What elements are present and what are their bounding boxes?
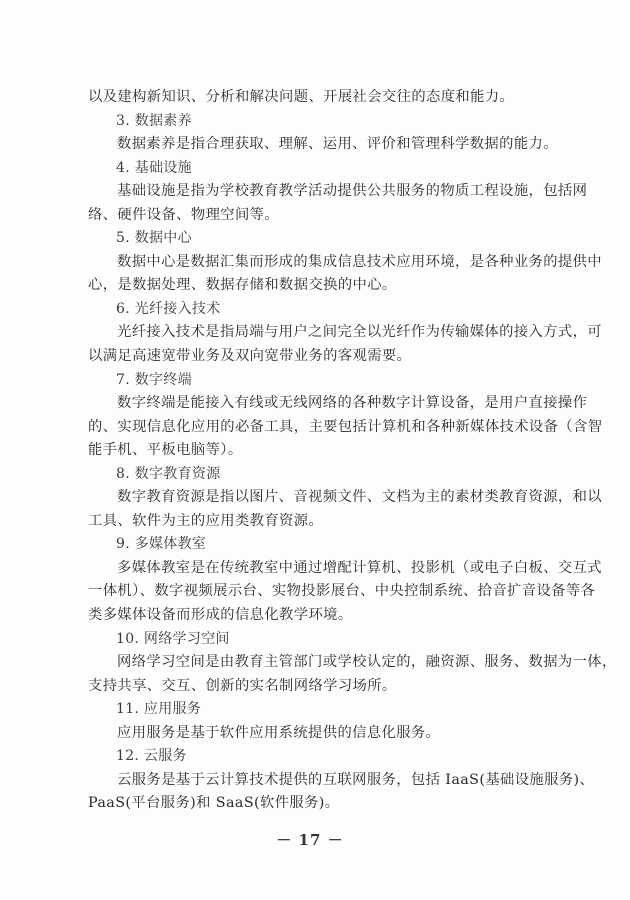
page-number: － 17 － (0, 829, 620, 850)
paragraph-line: 应用服务是基于软件应用系统提供的信息化服务。 (88, 722, 534, 746)
paragraph-line: 数字教育资源是指以图片、音视频文件、文档为主的素材类教育资源，和以 (88, 486, 534, 510)
section-heading: 10. 网络学习空间 (88, 628, 534, 652)
section-heading: 5. 数据中心 (88, 227, 534, 251)
paragraph-line: 以满足高速宽带业务及双向宽带业务的客观需要。 (88, 345, 534, 369)
paragraph-line: 支持共享、交互、创新的实名制网络学习场所。 (88, 675, 534, 699)
section-heading: 4. 基础设施 (88, 157, 534, 181)
paragraph-line: 基础设施是指为学校教育教学活动提供公共服务的物质工程设施，包括网 (88, 180, 534, 204)
section-heading: 6. 光纤接入技术 (88, 298, 534, 322)
paragraph-line: 数据素养是指合理获取、理解、运用、评价和管理科学数据的能力。 (88, 133, 534, 157)
section-heading: 3. 数据素养 (88, 110, 534, 134)
paragraph-line: 络、硬件设备、物理空间等。 (88, 204, 534, 228)
paragraph-line: 一体机）、数字视频展示台、实物投影展台、中央控制系统、拾音扩音设备等各 (88, 580, 534, 604)
section-heading: 9. 多媒体教室 (88, 533, 534, 557)
paragraph-line: 光纤接入技术是指局端与用户之间完全以光纤作为传输媒体的接入方式，可 (88, 321, 534, 345)
paragraph-line: 云服务是基于云计算技术提供的互联网服务，包括 IaaS(基础设施服务)、 (88, 769, 534, 793)
continuation-line: 以及建构新知识、分析和解决问题、开展社会交往的态度和能力。 (88, 86, 534, 110)
section-heading: 11. 应用服务 (88, 698, 534, 722)
paragraph-line: 类多媒体设备而形成的信息化教学环境。 (88, 604, 534, 628)
section-heading: 7. 数字终端 (88, 369, 534, 393)
paragraph-line: 数据中心是数据汇集而形成的集成信息技术应用环境，是各种业务的提供中 (88, 251, 534, 275)
section-heading: 8. 数字教育资源 (88, 463, 534, 487)
paragraph-line: 心，是数据处理、数据存储和数据交换的中心。 (88, 274, 534, 298)
section-heading: 12. 云服务 (88, 745, 534, 769)
paragraph-line: PaaS(平台服务)和 SaaS(软件服务)。 (88, 792, 534, 816)
paragraph-line: 多媒体教室是在传统教室中通过增配计算机、投影机（或电子白板、交互式 (88, 557, 534, 581)
paragraph-line: 能手机、平板电脑等）。 (88, 439, 534, 463)
paragraph-line: 工具、软件为主的应用类教育资源。 (88, 510, 534, 534)
paragraph-line: 的、实现信息化应用的必备工具，主要包括计算机和各种新媒体技术设备（含智 (88, 416, 534, 440)
paragraph-line: 数字终端是能接入有线或无线网络的各种数字计算设备，是用户直接操作 (88, 392, 534, 416)
paragraph-line: 网络学习空间是由教育主管部门或学校认定的，融资源、服务、数据为一体， (88, 651, 534, 675)
document-page: 以及建构新知识、分析和解决问题、开展社会交往的态度和能力。3. 数据素养数据素养… (88, 86, 534, 816)
